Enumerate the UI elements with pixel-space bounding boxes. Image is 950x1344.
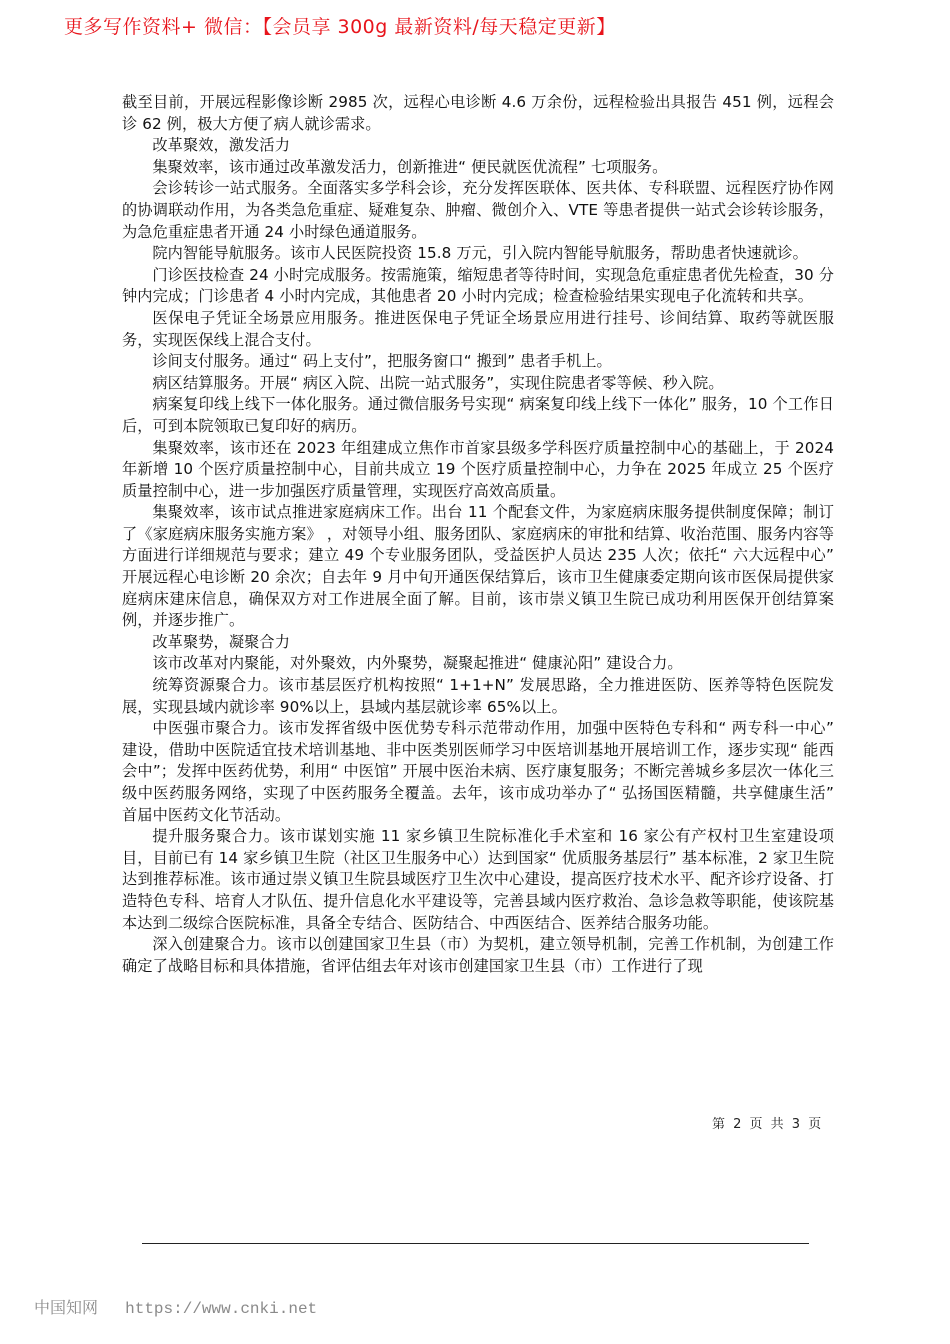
section-heading: 改革聚效，激发活力	[122, 135, 834, 157]
footer-divider	[142, 1243, 809, 1244]
paragraph: 统筹资源聚合力。该市基层医疗机构按照“ 1+1+N” 发展思路，全力推进医防、医…	[122, 675, 834, 718]
paragraph: 该市改革对内聚能，对外聚效，内外聚势，凝聚起推进“ 健康沁阳” 建设合力。	[122, 653, 834, 675]
paragraph: 医保电子凭证全场景应用服务。推进医保电子凭证全场景应用进行挂号、诊间结算、取药等…	[122, 308, 834, 351]
paragraph: 集聚效率，该市通过改革激发活力，创新推进“ 便民就医优流程” 七项服务。	[122, 157, 834, 179]
watermark-url: https://www.cnki.net	[125, 1300, 317, 1318]
cnki-watermark: 中国知网 https://www.cnki.net	[34, 1295, 317, 1318]
paragraph: 提升服务聚合力。该市谋划实施 11 家乡镇卫生院标准化手术室和 16 家公有产权…	[122, 826, 834, 934]
paragraph: 病案复印线上线下一体化服务。通过微信服务号实现“ 病案复印线上线下一体化” 服务…	[122, 394, 834, 437]
paragraph: 集聚效率，该市还在 2023 年组建成立焦作市首家县级多学科医疗质量控制中心的基…	[122, 438, 834, 503]
paragraph: 院内智能导航服务。该市人民医院投资 15.8 万元，引入院内智能导航服务，帮助患…	[122, 243, 834, 265]
promo-banner: 更多写作资料+ 微信：【会员享 300g 最新资料/每天稳定更新】	[64, 12, 616, 39]
paragraph: 深入创建聚合力。该市以创建国家卫生县（市）为契机，建立领导机制，完善工作机制，为…	[122, 934, 834, 977]
paragraph: 诊间支付服务。通过“ 码上支付”，把服务窗口“ 搬到” 患者手机上。	[122, 351, 834, 373]
document-body: 截至目前，开展远程影像诊断 2985 次，远程心电诊断 4.6 万余份，远程检验…	[122, 92, 834, 977]
paragraph: 集聚效率，该市试点推进家庭病床工作。出台 11 个配套文件，为家庭病床服务提供制…	[122, 502, 834, 632]
paragraph: 截至目前，开展远程影像诊断 2985 次，远程心电诊断 4.6 万余份，远程检验…	[122, 92, 834, 135]
paragraph: 中医强市聚合力。该市发挥省级中医优势专科示范带动作用，加强中医特色专科和“ 两专…	[122, 718, 834, 826]
section-heading: 改革聚势，凝聚合力	[122, 632, 834, 654]
paragraph: 病区结算服务。开展“ 病区入院、出院一站式服务”，实现住院患者零等候、秒入院。	[122, 373, 834, 395]
watermark-label: 中国知网	[34, 1298, 98, 1317]
paragraph: 会诊转诊一站式服务。全面落实多学科会诊，充分发挥医联体、医共体、专科联盟、远程医…	[122, 178, 834, 243]
paragraph: 门诊医技检查 24 小时完成服务。按需施策，缩短患者等待时间，实现急危重症患者优…	[122, 265, 834, 308]
page-indicator: 第 2 页 共 3 页	[712, 1113, 823, 1132]
